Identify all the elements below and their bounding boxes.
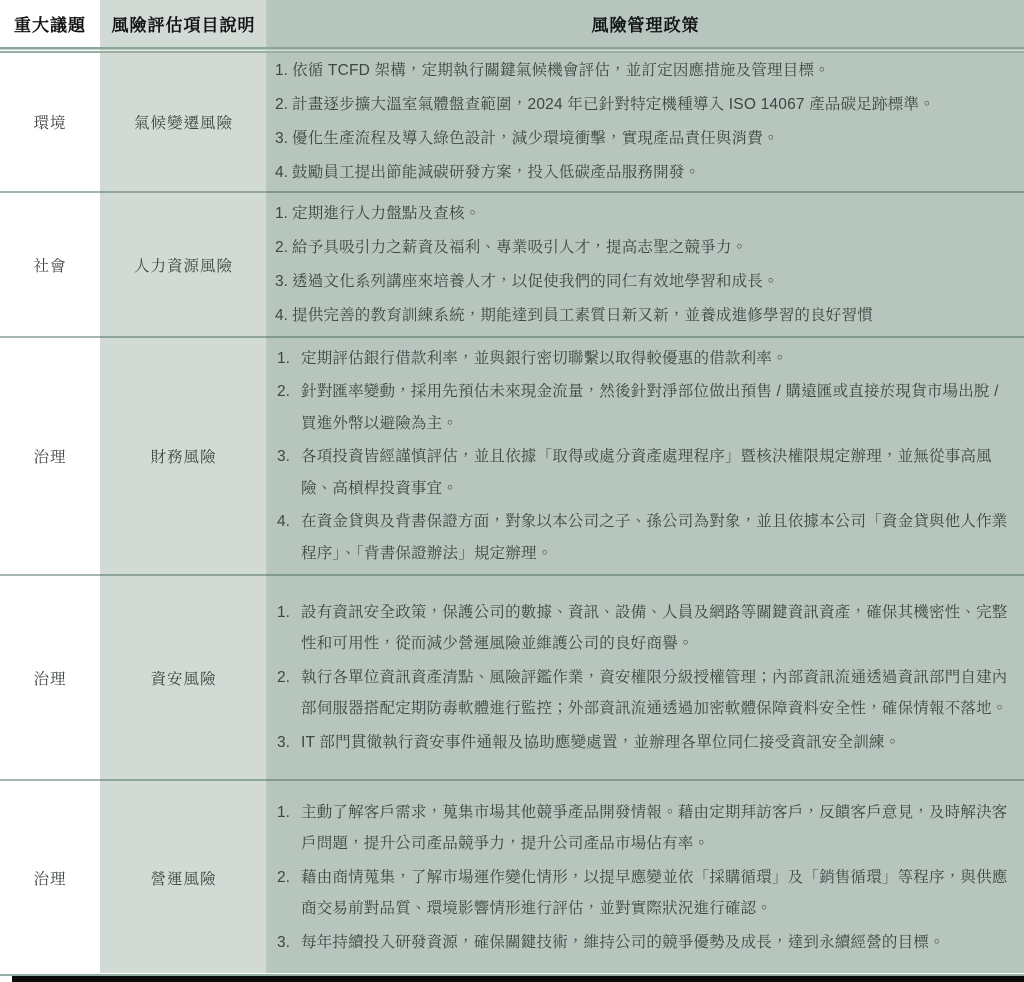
- policy-cell: 1.定期評估銀行借款利率，並與銀行密切聯繫以取得較優惠的借款利率。2.針對匯率變…: [267, 338, 1024, 574]
- policy-item: 1.主動了解客戶需求，蒐集市場其他競爭產品開發情報。藉由定期拜訪客戶，反饋客戶意…: [275, 797, 1010, 860]
- policy-item: 3.IT 部門貫徹執行資安事件通報及協助應變處置，並辦理各單位同仁接受資訊安全訓…: [275, 727, 1010, 759]
- policy-item-number: 4.: [275, 158, 292, 188]
- policy-item-text: 執行各單位資訊資產清點、風險評鑑作業，資安權限分級授權管理；內部資訊流通透過資訊…: [301, 662, 1010, 725]
- policy-item-number: 4.: [275, 506, 301, 569]
- policy-item-number: 4.: [275, 301, 292, 331]
- policy-cell: 1.設有資訊安全政策，保護公司的數據、資訊、設備、人員及網路等關鍵資訊資產，確保…: [267, 576, 1024, 779]
- policy-item: 2.執行各單位資訊資產清點、風險評鑑作業，資安權限分級授權管理；內部資訊流通透過…: [275, 662, 1010, 725]
- policy-item: 1.設有資訊安全政策，保護公司的數據、資訊、設備、人員及網路等關鍵資訊資產，確保…: [275, 597, 1010, 660]
- policy-item-number: 3.: [275, 727, 301, 759]
- issue-cell: 治理: [0, 338, 100, 574]
- policy-item-text: 計畫逐步擴大溫室氣體盤查範圍，2024 年已針對特定機種導入 ISO 14067…: [292, 90, 1010, 120]
- policy-item: 4.鼓勵員工提出節能減碳研發方案，投入低碳產品服務開發。: [275, 158, 1010, 188]
- policy-item: 3.透過文化系列講座來培養人才，以促使我們的同仁有效地學習和成長。: [275, 267, 1010, 297]
- policy-item-text: 各項投資皆經謹慎評估，並且依據「取得或處分資產處理程序」暨核決權限規定辦理，並無…: [301, 441, 1010, 504]
- header-risk: 風險評估項目說明: [100, 0, 267, 47]
- issue-cell: 治理: [0, 576, 100, 779]
- policy-item-text: 主動了解客戶需求，蒐集市場其他競爭產品開發情報。藉由定期拜訪客戶，反饋客戶意見，…: [301, 797, 1010, 860]
- policy-item: 3.每年持續投入研發資源，確保關鍵技術，維持公司的競爭優勢及成長，達到永續經營的…: [275, 927, 1010, 959]
- policy-item-number: 3.: [275, 927, 301, 959]
- policy-item-number: 2.: [275, 662, 301, 725]
- policy-item-number: 1.: [275, 56, 292, 86]
- issue-cell: 社會: [0, 193, 100, 336]
- policy-item-text: 針對匯率變動，採用先預估未來現金流量，然後針對淨部位做出預售 / 購遠匯或直接於…: [301, 376, 1010, 439]
- policy-item-number: 3.: [275, 441, 301, 504]
- policy-item-text: 設有資訊安全政策，保護公司的數據、資訊、設備、人員及網路等關鍵資訊資產，確保其機…: [301, 597, 1010, 660]
- policy-item-number: 2.: [275, 233, 292, 263]
- page-bottom-bar: [12, 976, 1024, 982]
- policy-cell: 1.定期進行人力盤點及查核。2.給予具吸引力之薪資及福利、專業吸引人才，提高志聖…: [267, 193, 1024, 336]
- policy-item-text: 在資金貸與及背書保證方面，對象以本公司之子、孫公司為對象，並且依據本公司「資金貸…: [301, 506, 1010, 569]
- policy-item-text: 透過文化系列講座來培養人才，以促使我們的同仁有效地學習和成長。: [292, 267, 1010, 297]
- policy-item: 2.針對匯率變動，採用先預估未來現金流量，然後針對淨部位做出預售 / 購遠匯或直…: [275, 376, 1010, 439]
- table-row-governance-infosec: 治理 資安風險 1.設有資訊安全政策，保護公司的數據、資訊、設備、人員及網路等關…: [0, 576, 1024, 779]
- table-row-governance-finance: 治理 財務風險 1.定期評估銀行借款利率，並與銀行密切聯繫以取得較優惠的借款利率…: [0, 338, 1024, 574]
- policy-item-text: 定期評估銀行借款利率，並與銀行密切聯繫以取得較優惠的借款利率。: [301, 343, 1010, 375]
- policy-item-number: 1.: [275, 797, 301, 860]
- policy-item-number: 2.: [275, 862, 301, 925]
- policy-item: 3.各項投資皆經謹慎評估，並且依據「取得或處分資產處理程序」暨核決權限規定辦理，…: [275, 441, 1010, 504]
- policy-item: 3.優化生產流程及導入綠色設計，減少環境衝擊，實現產品責任與消費。: [275, 124, 1010, 154]
- policy-item-text: 給予具吸引力之薪資及福利、專業吸引人才，提高志聖之競爭力。: [292, 233, 1010, 263]
- policy-item-number: 3.: [275, 267, 292, 297]
- policy-item-text: 每年持續投入研發資源，確保關鍵技術，維持公司的競爭優勢及成長，達到永續經營的目標…: [301, 927, 1010, 959]
- policy-cell: 1.依循 TCFD 架構，定期執行關鍵氣候機會評估，並訂定因應措施及管理目標。2…: [267, 53, 1024, 191]
- issue-cell: 環境: [0, 53, 100, 191]
- policy-item-number: 2.: [275, 90, 292, 120]
- policy-item-number: 3.: [275, 124, 292, 154]
- header-policy: 風險管理政策: [267, 0, 1024, 47]
- policy-item: 2.藉由商情蒐集，了解市場運作變化情形，以提早應變並依「採購循環」及「銷售循環」…: [275, 862, 1010, 925]
- policy-item: 4.提供完善的教育訓練系統，期能達到員工素質日新又新，並養成進修學習的良好習慣: [275, 301, 1010, 331]
- risk-cell: 財務風險: [100, 338, 267, 574]
- header-issue: 重大議題: [0, 0, 100, 47]
- policy-item: 1.定期進行人力盤點及查核。: [275, 199, 1010, 229]
- table-row-governance-operations: 治理 營運風險 1.主動了解客戶需求，蒐集市場其他競爭產品開發情報。藉由定期拜訪…: [0, 781, 1024, 974]
- risk-cell: 營運風險: [100, 781, 267, 974]
- risk-cell: 資安風險: [100, 576, 267, 779]
- policy-item-number: 2.: [275, 376, 301, 439]
- risk-table: 重大議題 風險評估項目說明 風險管理政策 環境 氣候變遷風險 1.依循 TCFD…: [0, 0, 1024, 982]
- policy-item-number: 1.: [275, 343, 301, 375]
- policy-item: 2.給予具吸引力之薪資及福利、專業吸引人才，提高志聖之競爭力。: [275, 233, 1010, 263]
- policy-item-text: 鼓勵員工提出節能減碳研發方案，投入低碳產品服務開發。: [292, 158, 1010, 188]
- risk-management-table-page: 重大議題 風險評估項目說明 風險管理政策 環境 氣候變遷風險 1.依循 TCFD…: [0, 0, 1024, 982]
- policy-item-text: 藉由商情蒐集，了解市場運作變化情形，以提早應變並依「採購循環」及「銷售循環」等程…: [301, 862, 1010, 925]
- policy-item: 1.定期評估銀行借款利率，並與銀行密切聯繫以取得較優惠的借款利率。: [275, 343, 1010, 375]
- table-row-environment-climate: 環境 氣候變遷風險 1.依循 TCFD 架構，定期執行關鍵氣候機會評估，並訂定因…: [0, 53, 1024, 191]
- policy-item-text: 提供完善的教育訓練系統，期能達到員工素質日新又新，並養成進修學習的良好習慣: [292, 301, 1010, 331]
- policy-item-number: 1.: [275, 597, 301, 660]
- policy-item-number: 1.: [275, 199, 292, 229]
- risk-cell: 氣候變遷風險: [100, 53, 267, 191]
- table-row-social-hr: 社會 人力資源風險 1.定期進行人力盤點及查核。2.給予具吸引力之薪資及福利、專…: [0, 193, 1024, 336]
- risk-cell: 人力資源風險: [100, 193, 267, 336]
- policy-item-text: 定期進行人力盤點及查核。: [292, 199, 1010, 229]
- policy-item-text: IT 部門貫徹執行資安事件通報及協助應變處置，並辦理各單位同仁接受資訊安全訓練。: [301, 727, 1010, 759]
- table-header-row: 重大議題 風險評估項目說明 風險管理政策: [0, 0, 1024, 47]
- policy-cell: 1.主動了解客戶需求，蒐集市場其他競爭產品開發情報。藉由定期拜訪客戶，反饋客戶意…: [267, 781, 1024, 974]
- policy-item: 2.計畫逐步擴大溫室氣體盤查範圍，2024 年已針對特定機種導入 ISO 140…: [275, 90, 1010, 120]
- policy-item-text: 依循 TCFD 架構，定期執行關鍵氣候機會評估，並訂定因應措施及管理目標。: [292, 56, 1010, 86]
- policy-item: 1.依循 TCFD 架構，定期執行關鍵氣候機會評估，並訂定因應措施及管理目標。: [275, 56, 1010, 86]
- issue-cell: 治理: [0, 781, 100, 974]
- policy-item-text: 優化生產流程及導入綠色設計，減少環境衝擊，實現產品責任與消費。: [292, 124, 1010, 154]
- policy-item: 4.在資金貸與及背書保證方面，對象以本公司之子、孫公司為對象，並且依據本公司「資…: [275, 506, 1010, 569]
